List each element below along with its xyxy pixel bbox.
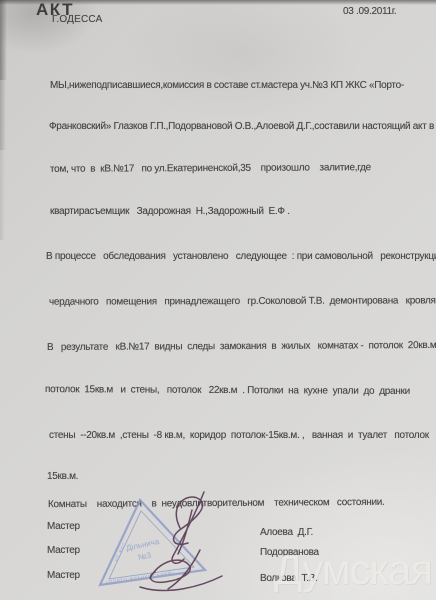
signature-role: Мастер xyxy=(47,570,80,581)
document-photo: 03 .09.2011г. Г.ОДЕССА АКТ МЫ,нижеподпис… xyxy=(0,0,436,600)
body-line: Франковский» Глазков Г.П.,Подорвановой О… xyxy=(49,121,434,132)
photo-edge-shadow xyxy=(0,0,7,80)
body-line: МЫ,нижеподписавшиеся,комиссия в составе … xyxy=(50,80,404,91)
signature-name: Алоева Д.Г. xyxy=(260,527,313,538)
city-label: Г.ОДЕССА xyxy=(52,14,102,25)
handwritten-signatures xyxy=(118,486,248,600)
signature-role: Мастер xyxy=(47,521,80,532)
date-label: 03 .09.2011г. xyxy=(343,6,396,17)
body-line: 15кв.м. xyxy=(47,471,78,482)
body-line: стены --20кв.м ,стены -8 кв.м, коридор п… xyxy=(49,430,429,441)
body-line: квартирасъемщик Задорожная Н.,Задорожный… xyxy=(50,206,290,217)
body-line: потолок 15кв.м и стены, потолок 22кв.м .… xyxy=(45,384,410,397)
body-line: В процессе обследования установлено след… xyxy=(46,251,436,262)
photo-edge-shadow xyxy=(0,80,6,150)
body-line: чердачного помещения принадлежащего гр.С… xyxy=(49,295,436,307)
body-line: том, что в кВ.№17 по ул.Екатериненской,3… xyxy=(50,162,371,175)
photo-edge-shadow xyxy=(0,0,436,5)
photo-edge-shadow xyxy=(0,150,5,240)
watermark: Думская xyxy=(274,546,432,594)
signature-role: Мастер xyxy=(47,545,80,556)
body-line: В результате кВ.№17 видны следы замокани… xyxy=(47,340,436,353)
